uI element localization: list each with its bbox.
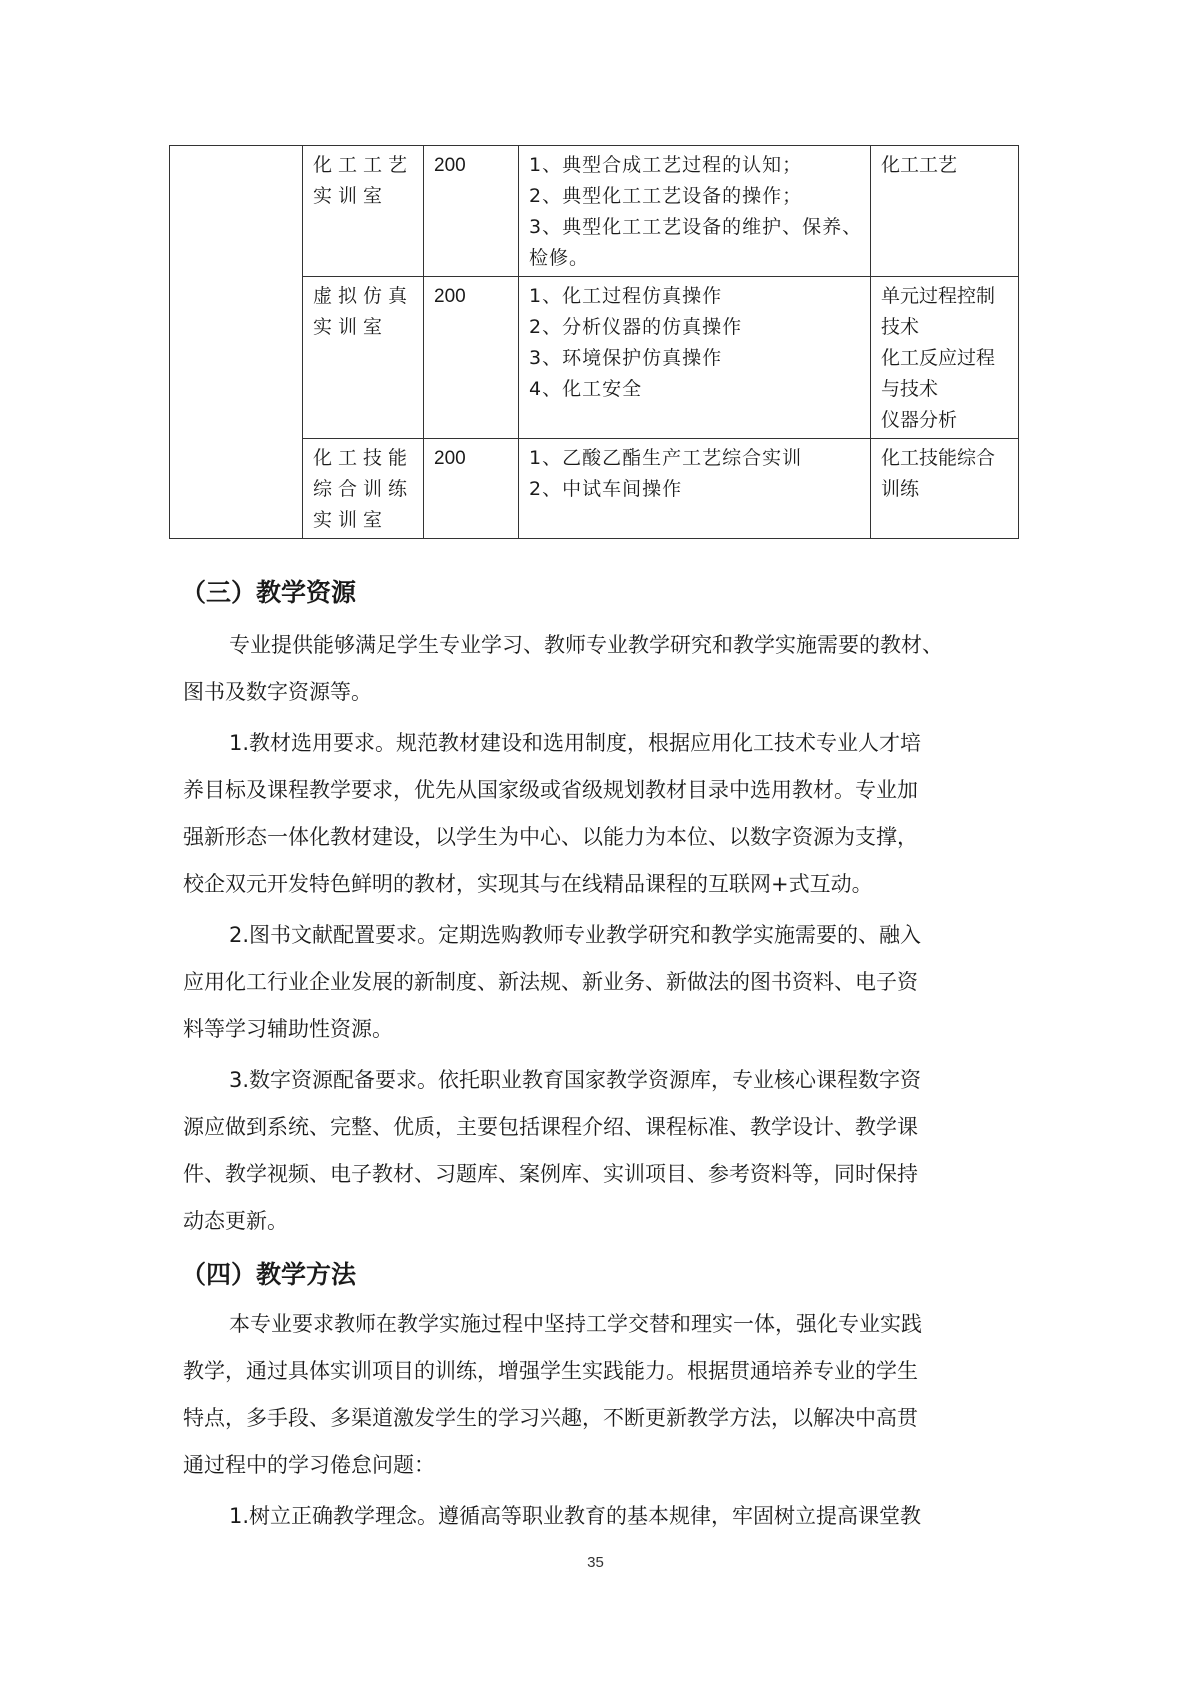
text-line: 通过程中的学习倦怠问题： bbox=[183, 1442, 1013, 1489]
text-line: 1.树立正确教学理念。遵循高等职业教育的基本规律，牢固树立提高课堂教 bbox=[183, 1493, 1013, 1540]
training-content-cell: 1、乙酸乙酯生产工艺综合实训2、中试车间操作 bbox=[519, 439, 871, 539]
course-cell: 单元过程控制技术化工反应过程与技术仪器分析 bbox=[871, 277, 1019, 439]
text-line: 本专业要求教师在教学实施过程中坚持工学交替和理实一体，强化专业实践 bbox=[183, 1301, 1013, 1348]
text-line: 养目标及课程教学要求，优先从国家级或省级规划教材目录中选用教材。专业加 bbox=[183, 767, 1013, 814]
paragraph-textbook-selection: 1.教材选用要求。规范教材建设和选用制度，根据应用化工技术专业人才培养目标及课程… bbox=[183, 720, 1013, 908]
room-name-cell-line: 化工工艺 bbox=[313, 150, 413, 181]
room-name-cell-line: 实训室 bbox=[313, 312, 413, 343]
category-cell bbox=[170, 146, 303, 539]
training-content-cell-line: 3、环境保护仿真操作 bbox=[529, 343, 860, 374]
capacity-cell: 200 bbox=[424, 439, 519, 539]
capacity-cell: 200 bbox=[424, 277, 519, 439]
training-content-cell-line: 1、乙酸乙酯生产工艺综合实训 bbox=[529, 443, 860, 474]
room-name-cell-line: 实训室 bbox=[313, 181, 413, 212]
text-line: 件、教学视频、电子教材、习题库、案例库、实训项目、参考资料等，同时保持 bbox=[183, 1151, 1013, 1198]
text-line: 1.教材选用要求。规范教材建设和选用制度，根据应用化工技术专业人才培 bbox=[183, 720, 1013, 767]
training-content-cell-line: 2、分析仪器的仿真操作 bbox=[529, 312, 860, 343]
capacity-cell: 200 bbox=[424, 146, 519, 277]
table-row: 化工工艺实训室2001、典型合成工艺过程的认知；2、典型化工工艺设备的操作；3、… bbox=[170, 146, 1019, 277]
course-cell: 化工工艺 bbox=[871, 146, 1019, 277]
paragraph-resources-intro: 专业提供能够满足学生专业学习、教师专业教学研究和教学实施需要的教材、图书及数字资… bbox=[183, 622, 1013, 716]
room-name-cell: 化工技能综合训练实训室 bbox=[303, 439, 424, 539]
course-cell-line: 单元过程控制 bbox=[881, 281, 1008, 312]
training-content-cell: 1、化工过程仿真操作2、分析仪器的仿真操作3、环境保护仿真操作4、化工安全 bbox=[519, 277, 871, 439]
training-content-cell-line: 2、典型化工工艺设备的操作； bbox=[529, 181, 860, 212]
training-content-cell-line: 2、中试车间操作 bbox=[529, 474, 860, 505]
text-line: 3.数字资源配备要求。依托职业教育国家教学资源库，专业核心课程数字资 bbox=[183, 1057, 1013, 1104]
course-cell-line: 化工反应过程 bbox=[881, 343, 1008, 374]
section-heading-teaching-methods: （四）教学方法 bbox=[181, 1258, 356, 1292]
text-line: 专业提供能够满足学生专业学习、教师专业教学研究和教学实施需要的教材、 bbox=[183, 622, 1013, 669]
course-cell-line: 化工工艺 bbox=[881, 150, 1008, 181]
paragraph-teaching-philosophy: 1.树立正确教学理念。遵循高等职业教育的基本规律，牢固树立提高课堂教 bbox=[183, 1493, 1013, 1540]
text-line: 特点，多手段、多渠道激发学生的学习兴趣，不断更新教学方法，以解决中高贯 bbox=[183, 1395, 1013, 1442]
text-line: 教学，通过具体实训项目的训练，增强学生实践能力。根据贯通培养专业的学生 bbox=[183, 1348, 1013, 1395]
room-name-cell: 虚拟仿真实训室 bbox=[303, 277, 424, 439]
training-content-cell-line: 4、化工安全 bbox=[529, 374, 860, 405]
text-line: 校企双元开发特色鲜明的教材，实现其与在线精品课程的互联网+式互动。 bbox=[183, 861, 1013, 908]
paragraph-digital-resources: 3.数字资源配备要求。依托职业教育国家教学资源库，专业核心课程数字资源应做到系统… bbox=[183, 1057, 1013, 1245]
training-content-cell-line: 3、典型化工工艺设备的维护、保养、 bbox=[529, 212, 860, 243]
course-cell-line: 与技术 bbox=[881, 374, 1008, 405]
training-content-cell: 1、典型合成工艺过程的认知；2、典型化工工艺设备的操作；3、典型化工工艺设备的维… bbox=[519, 146, 871, 277]
course-cell-line: 技术 bbox=[881, 312, 1008, 343]
paragraph-library-resources: 2.图书文献配置要求。定期选购教师专业教学研究和教学实施需要的、融入应用化工行业… bbox=[183, 912, 1013, 1053]
course-cell-line: 训练 bbox=[881, 474, 1008, 505]
text-line: 动态更新。 bbox=[183, 1198, 1013, 1245]
training-room-table: 化工工艺实训室2001、典型合成工艺过程的认知；2、典型化工工艺设备的操作；3、… bbox=[169, 145, 1019, 539]
training-content-cell-line: 1、化工过程仿真操作 bbox=[529, 281, 860, 312]
room-name-cell-line: 虚拟仿真 bbox=[313, 281, 413, 312]
paragraph-methods-intro: 本专业要求教师在教学实施过程中坚持工学交替和理实一体，强化专业实践教学，通过具体… bbox=[183, 1301, 1013, 1489]
room-name-cell-line: 化工技能 bbox=[313, 443, 413, 474]
text-line: 应用化工行业企业发展的新制度、新法规、新业务、新做法的图书资料、电子资 bbox=[183, 959, 1013, 1006]
page-number: 35 bbox=[0, 1554, 1191, 1571]
course-cell-line: 化工技能综合 bbox=[881, 443, 1008, 474]
training-content-cell-line: 1、典型合成工艺过程的认知； bbox=[529, 150, 860, 181]
text-line: 料等学习辅助性资源。 bbox=[183, 1006, 1013, 1053]
room-name-cell-line: 综合训练 bbox=[313, 474, 413, 505]
training-content-cell-line: 检修。 bbox=[529, 243, 860, 274]
course-cell: 化工技能综合训练 bbox=[871, 439, 1019, 539]
text-line: 图书及数字资源等。 bbox=[183, 669, 1013, 716]
room-name-cell: 化工工艺实训室 bbox=[303, 146, 424, 277]
text-line: 源应做到系统、完整、优质，主要包括课程介绍、课程标准、教学设计、教学课 bbox=[183, 1104, 1013, 1151]
course-cell-line: 仪器分析 bbox=[881, 405, 1008, 436]
section-heading-teaching-resources: （三）教学资源 bbox=[181, 576, 356, 610]
text-line: 2.图书文献配置要求。定期选购教师专业教学研究和教学实施需要的、融入 bbox=[183, 912, 1013, 959]
text-line: 强新形态一体化教材建设，以学生为中心、以能力为本位、以数字资源为支撑， bbox=[183, 814, 1013, 861]
room-name-cell-line: 实训室 bbox=[313, 505, 413, 536]
